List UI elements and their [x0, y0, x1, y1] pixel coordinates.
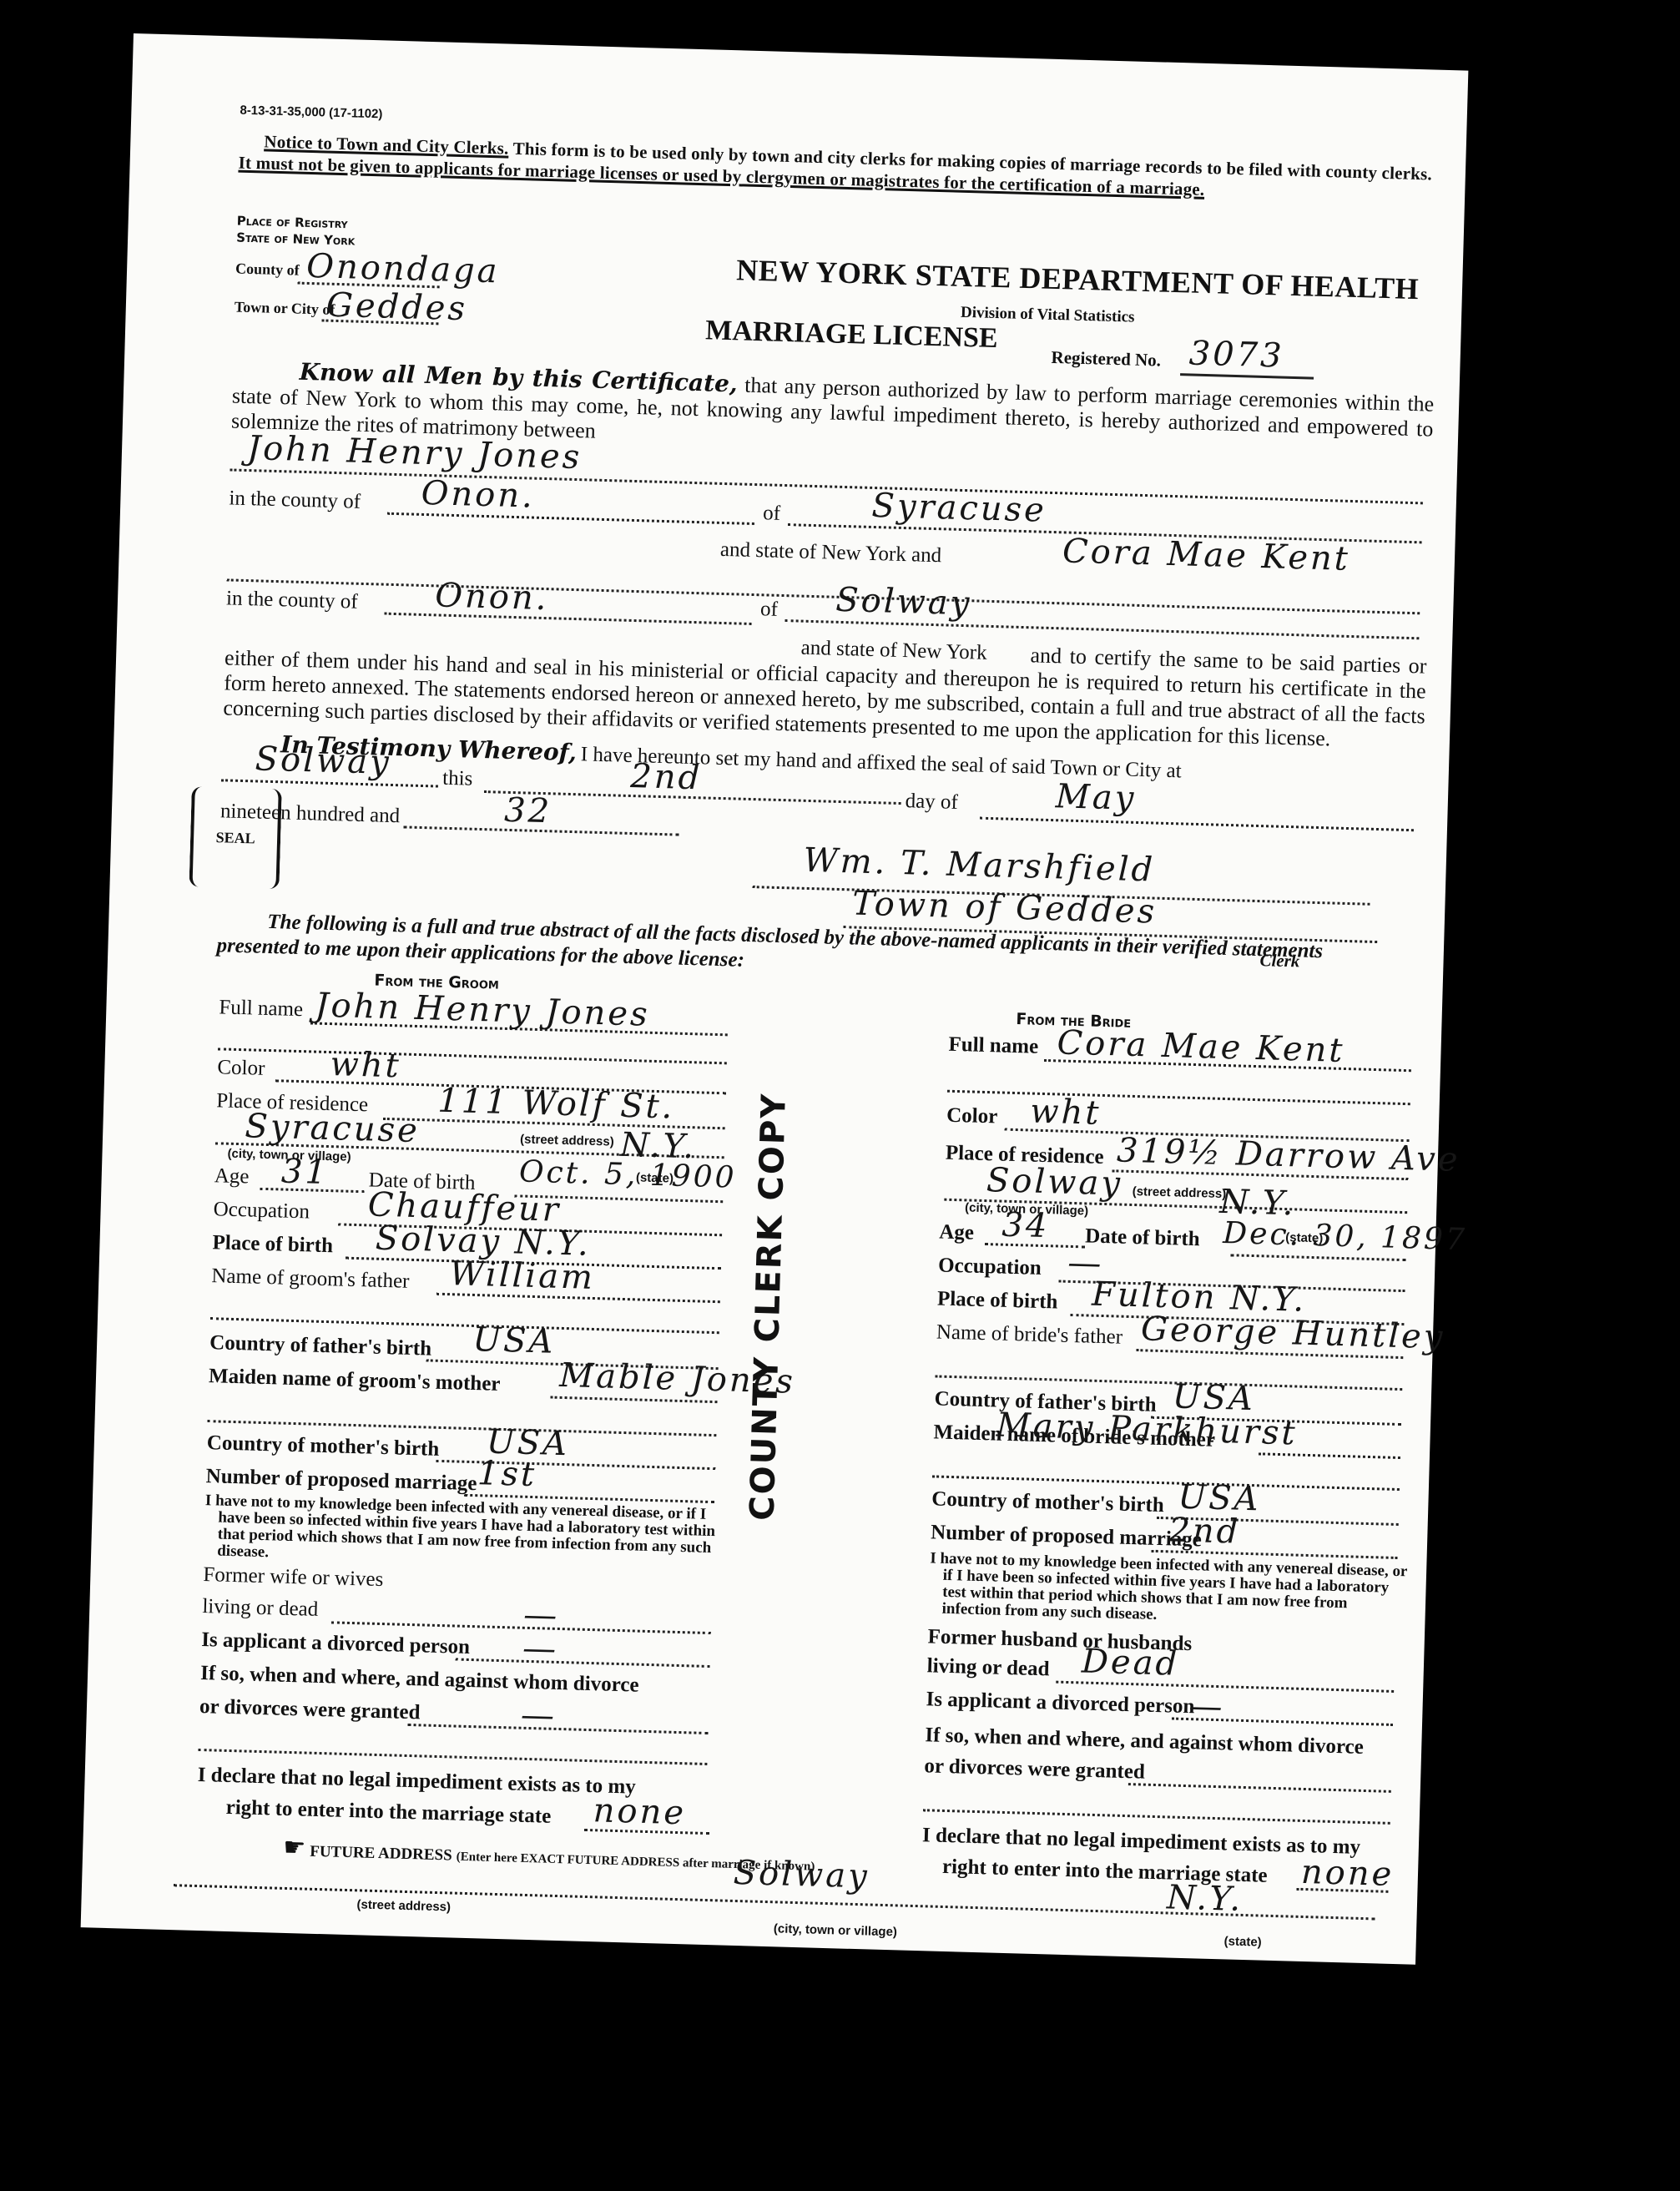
- groom-mother-country-label: Country of mother's birth: [206, 1431, 439, 1462]
- county-line-1: [387, 512, 754, 525]
- future-city-caption: (city, town or village): [774, 1921, 897, 1939]
- groom-father-label: Name of groom's father: [211, 1265, 410, 1294]
- groom-occupation-label: Occupation: [213, 1198, 310, 1224]
- of-label-1: of: [763, 502, 781, 526]
- groom-divorce-detail-label-2: or divorces were granted: [199, 1695, 421, 1724]
- groom-affidavit: I have not to my knowledge been infected…: [204, 1492, 728, 1573]
- clerk-notice: Notice to Town and City Clerks. This for…: [238, 130, 1432, 207]
- groom-full-name-line-2: [218, 1048, 727, 1064]
- groom-declare-1: I declare that no legal impediment exist…: [197, 1764, 636, 1800]
- groom-state-caption: (state): [636, 1170, 674, 1185]
- day-of-label: day of: [905, 790, 958, 815]
- form-number: 8-13-31-35,000 (17-1102): [240, 103, 382, 122]
- future-street-caption: (street address): [356, 1897, 451, 1914]
- bride-city: Solway: [986, 1161, 1123, 1204]
- groom-age-label: Age: [214, 1164, 249, 1189]
- bride-street-caption: (street address): [1132, 1184, 1226, 1201]
- cert-bride-city: Solway: [835, 581, 972, 623]
- cert-bride-county: Onon.: [435, 576, 549, 618]
- future-city: Solway: [733, 1854, 870, 1896]
- groom-mother: Mable Jones: [559, 1356, 796, 1401]
- groom-divorce-detail-line: [408, 1724, 709, 1734]
- groom-dob: Oct. 5, 1900: [519, 1154, 737, 1194]
- cert-groom-city: Syracuse: [871, 487, 1047, 530]
- marriage-license-page: 8-13-31-35,000 (17-1102) Notice to Town …: [81, 33, 1469, 1965]
- bride-divorce-detail-label-1: If so, when and where, and against whom …: [925, 1724, 1364, 1759]
- seal-box: SEAL: [189, 786, 281, 889]
- seal-label: SEAL: [215, 829, 255, 847]
- bride-divorce-detail-label-2: or divorces were granted: [924, 1754, 1145, 1784]
- bride-full-name-label: Full name: [948, 1033, 1038, 1059]
- state-and-label: and state of New York and: [720, 538, 942, 568]
- clerk-town: Town of Geddes: [852, 884, 1158, 931]
- groom-color: wht: [330, 1045, 401, 1085]
- county-label-2: in the county of: [226, 587, 358, 613]
- place-of-registry-label: Place of Registry: [237, 214, 348, 232]
- cert-bride-name: Cora Mae Kent: [1062, 532, 1350, 578]
- groom-street-caption: (street address): [520, 1132, 614, 1149]
- town-label: Town or City of: [235, 299, 335, 319]
- bride-mother-line: [1259, 1452, 1400, 1459]
- groom-marriage-num-label: Number of proposed marriage: [205, 1465, 477, 1496]
- registered-no-label: Registered No.: [1051, 347, 1161, 371]
- bride-occupation-label: Occupation: [938, 1255, 1042, 1280]
- bride-declare-value: none: [1300, 1853, 1395, 1894]
- bride-divorced: —: [1188, 1687, 1225, 1726]
- testimony-day: 2nd: [630, 757, 703, 797]
- bride-birthplace-label: Place of birth: [937, 1287, 1058, 1314]
- groom-full-name-label: Full name: [219, 996, 303, 1022]
- state-label: State of New York: [236, 230, 356, 249]
- bride-section: From the Bride Full name Cora Mae Kent C…: [134, 33, 1468, 71]
- groom-divorce-detail-line-2: [199, 1749, 708, 1765]
- county-of-label: County of: [235, 260, 300, 280]
- groom-color-label: Color: [217, 1056, 265, 1081]
- county-value: Onondaga: [306, 247, 501, 290]
- license-title: MARRIAGE LICENSE: [705, 315, 998, 355]
- groom-city: Syracuse: [245, 1107, 421, 1150]
- this-label: this: [442, 767, 473, 791]
- pointing-hand-icon: ☛: [283, 1833, 306, 1863]
- groom-father-country: USA: [472, 1320, 556, 1361]
- bride-marriage-num-label: Number of proposed marriage: [931, 1521, 1202, 1552]
- bride-state-caption: (state): [1285, 1230, 1323, 1245]
- bride-dob: Dec. 30, 1897: [1223, 1216, 1468, 1257]
- groom-former-label-1: Former wife or wives: [203, 1563, 384, 1592]
- groom-father: William: [449, 1255, 596, 1297]
- month-line: [980, 817, 1414, 832]
- bride-city-line: [785, 619, 1420, 639]
- clerk-signature: Wm. T. Marshfield: [803, 841, 1156, 890]
- groom-former-line: [331, 1621, 711, 1634]
- bride-mother-country-label: Country of mother's birth: [931, 1487, 1164, 1517]
- department-title: NEW YORK STATE DEPARTMENT OF HEALTH: [736, 252, 1420, 306]
- bride-dob-line: [1231, 1254, 1406, 1261]
- bride-age-label: Age: [939, 1221, 974, 1245]
- county-label-1: in the county of: [229, 487, 361, 513]
- groom-divorce-detail-label-1: If so, when and where, and against whom …: [200, 1662, 639, 1698]
- bride-age: 34: [1001, 1206, 1050, 1246]
- bride-declare-1: I declare that no legal impediment exist…: [922, 1824, 1361, 1860]
- groom-section: From the Groom Full name John Henry Jone…: [134, 33, 1468, 71]
- groom-father-line-2: [210, 1317, 719, 1334]
- town-value: Geddes: [325, 286, 467, 329]
- bride-full-name-line-2: [947, 1090, 1410, 1105]
- bride-divorce-detail-line-2: [923, 1809, 1390, 1825]
- groom-declare-value: none: [593, 1791, 687, 1832]
- future-state: N.Y.: [1166, 1878, 1243, 1919]
- groom-father-country-label: Country of father's birth: [209, 1331, 432, 1361]
- groom-age: 31: [280, 1152, 329, 1192]
- groom-marriage-num: 1st: [477, 1454, 537, 1494]
- bride-former-label-2: living or dead: [926, 1654, 1050, 1681]
- bride-color-label: Color: [946, 1104, 998, 1129]
- bride-color: wht: [1030, 1093, 1102, 1133]
- bride-divorced-label: Is applicant a divorced person: [926, 1688, 1194, 1719]
- groom-divorce-detail: —: [520, 1696, 557, 1735]
- groom-birthplace-label: Place of birth: [212, 1231, 333, 1258]
- testimony-month: May: [1055, 777, 1137, 818]
- groom-mother-label: Maiden name of groom's mother: [209, 1365, 501, 1396]
- groom-street: 111 Wolf St.: [437, 1082, 675, 1127]
- groom-declare-2: right to enter into the marriage state: [225, 1796, 551, 1829]
- cert-groom-county: Onon.: [421, 474, 535, 516]
- groom-divorced: —: [522, 1629, 559, 1668]
- groom-full-name: John Henry Jones: [315, 987, 650, 1034]
- bride-father-line-2: [935, 1375, 1402, 1391]
- bride-divorce-detail-line: [1128, 1783, 1391, 1793]
- groom-name-line: [230, 468, 1423, 504]
- registered-no-value: 3073: [1188, 334, 1284, 375]
- bride-marriage-num: 2nd: [1168, 1511, 1241, 1551]
- groom-divorced-line: [456, 1658, 710, 1668]
- bride-full-name: Cora Mae Kent: [1057, 1023, 1345, 1070]
- of-label-2: of: [760, 598, 779, 622]
- bride-name-line: [227, 578, 1420, 614]
- groom-divorced-label: Is applicant a divorced person: [201, 1628, 470, 1659]
- cert-groom-name: John Henry Jones: [247, 429, 583, 477]
- bride-mother-line-2: [932, 1475, 1400, 1491]
- testimony-place: Solway: [255, 740, 391, 782]
- bride-father-label: Name of bride's father: [936, 1320, 1123, 1349]
- groom-former-label-2: living or dead: [202, 1595, 319, 1622]
- bride-affidavit: I have not to my knowledge been infected…: [928, 1550, 1410, 1630]
- testimony-year: 32: [504, 791, 552, 831]
- county-clerk-copy-stamp: COUNTY CLERK COPY: [744, 1092, 794, 1521]
- future-state-caption: (state): [1223, 1934, 1261, 1949]
- future-address-heading: FUTURE ADDRESS: [310, 1843, 452, 1865]
- bride-former: Dead: [1081, 1642, 1179, 1683]
